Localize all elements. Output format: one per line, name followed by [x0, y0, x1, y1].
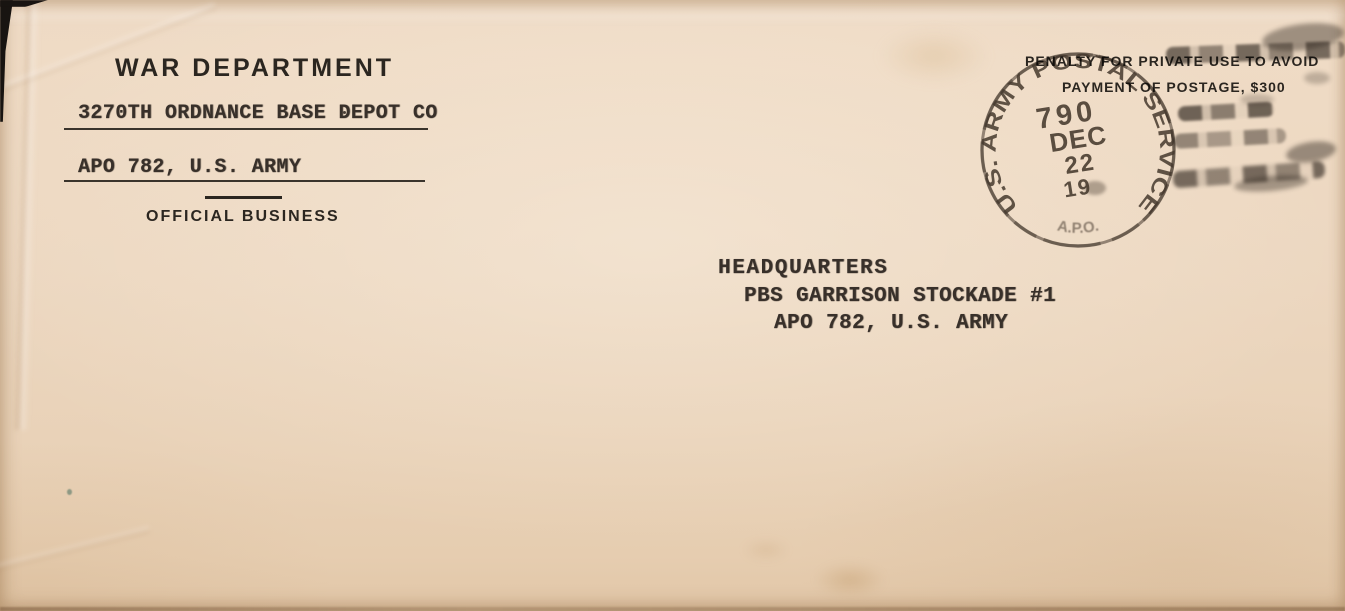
recipient-line-2: PBS GARRISON STOCKADE #1	[744, 285, 1056, 308]
cancel-smudge	[1240, 94, 1274, 105]
official-business-label: OFFICIAL BUSINESS	[146, 208, 340, 226]
svg-text:A.P.O.: A.P.O.	[1056, 217, 1100, 237]
scan-edge-shadow	[0, 607, 1345, 611]
sender-apo-line: APO 782, U.S. ARMY	[78, 156, 301, 179]
sender-unit-underline	[64, 128, 428, 130]
postmark-apo-text: A.P.O.	[1056, 217, 1100, 237]
sender-unit-line: 3270TH ORDNANCE BASE DEPOT CO	[78, 102, 438, 125]
official-business-rule	[205, 196, 282, 199]
sender-apo-underline	[64, 180, 425, 182]
cancellation-bars	[1138, 30, 1345, 208]
recipient-line-1: HEADQUARTERS	[718, 257, 888, 280]
recipient-line-3: APO 782, U.S. ARMY	[774, 312, 1008, 335]
cancel-smudge	[1304, 72, 1330, 84]
war-department-title: WAR DEPARTMENT	[115, 54, 394, 83]
cancel-bar	[1174, 128, 1287, 149]
cancel-smudge	[1285, 138, 1338, 166]
scanned-envelope: WAR DEPARTMENT 3270TH ORDNANCE BASE DEPO…	[0, 0, 1345, 611]
postmark-year-smudge	[1084, 181, 1106, 195]
